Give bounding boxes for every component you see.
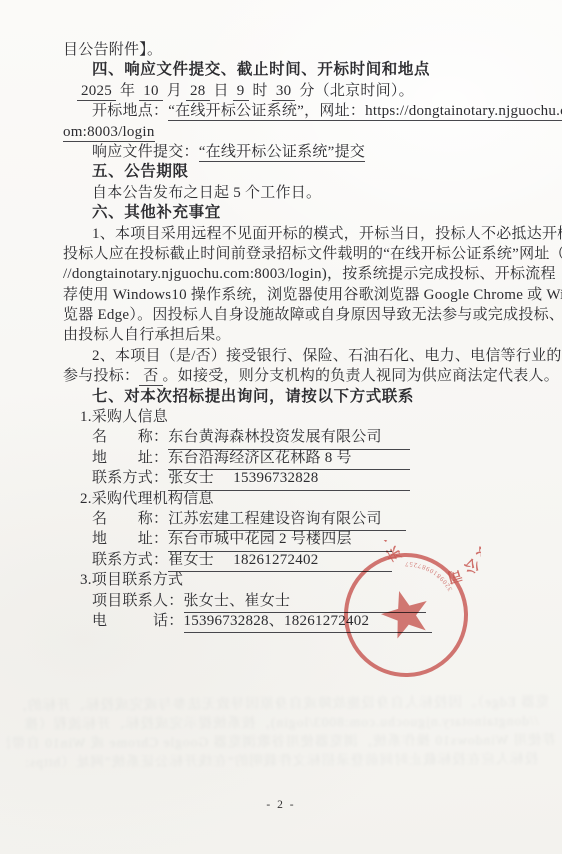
purchaser-contact-value: 张女士 15396732828 (168, 468, 410, 490)
year-unit: 年 (116, 83, 139, 99)
minute-value: 30 (272, 83, 296, 101)
agency-title: 2.采购代理机构信息 (63, 489, 539, 509)
section6-para2-line2: 参与投标：否。如接受，则分支机构的负责人视同为供应商法定代表人。 (63, 366, 539, 386)
project-phone-label: 电 话： (92, 613, 184, 629)
purchaser-name-value: 东台黄海森林投资发展有限公司 (168, 427, 410, 449)
agency-name-row: 名 称：江苏宏建工程建设咨询有限公司 (63, 509, 539, 529)
seal-star-icon (375, 588, 435, 647)
branch-answer-value: 否 (139, 368, 162, 386)
section5-heading: 五、公告期限 (63, 162, 539, 182)
section5-body: 自本公告发布之日起 5 个工作日。 (63, 183, 539, 203)
purchaser-name-label: 名 称： (92, 429, 168, 445)
branch-answer-suffix: 。如接受，则分支机构的负责人视同为供应商法定代表人。 (163, 368, 560, 384)
intro-tail-line: 目公告附件】。 (63, 40, 539, 60)
purchaser-title: 1.采购人信息 (63, 407, 539, 427)
purchaser-name-row: 名 称：东台黄海森林投资发展有限公司 (63, 427, 539, 447)
section6-para1-line1: 1、本项目采用远程不见面开标的模式，开标当日，投标人不必抵达开标现场， (63, 224, 539, 244)
section6-para1-line2: 投标人应在投标截止时间前登录招标文件载明的“在线开标公证系统”网址（https: (63, 244, 539, 264)
agency-name-label: 名 称： (92, 511, 168, 527)
venue-value-part2: om:8003/login (63, 124, 155, 142)
hour-unit: 时 (249, 83, 272, 99)
year-value: 2025 (77, 83, 116, 101)
purchaser-address-row: 地 址：东台沿海经济区花林路 8 号 (63, 448, 539, 468)
venue-value-part1: “在线开标公证系统”，网址：https://dongtainotary.njgu… (168, 103, 562, 121)
section6-para2-line1: 2、本项目（是/否）接受银行、保险、石油石化、电力、电信等行业的分支机构 (63, 346, 539, 366)
project-person-label: 项目联系人： (92, 593, 184, 609)
bleedthrough-line: 投标人应在投标截止时间前登录招标文件载明的“在线开标公证系统”网址（https: (6, 749, 556, 772)
venue-line-2: om:8003/login (63, 122, 539, 142)
timezone-note: （北京时间）。 (315, 83, 414, 99)
submission-value: “在线开标公证系统”提交 (199, 144, 365, 162)
submission-label: 响应文件提交： (92, 144, 199, 160)
section6-para1-line3: //dongtainotary.njguochu.com:8003/login)… (63, 264, 539, 284)
page-bleedthrough-text: 览器 Edge）。因投标人自身设施故障或自身原因导致无法参与或完成投标、开标的，… (6, 692, 557, 772)
branch-answer-prefix: 参与投标： (63, 368, 139, 384)
purchaser-contact-row: 联系方式：张女士 15396732828 (63, 468, 539, 488)
purchaser-address-label: 地 址： (92, 450, 168, 466)
section6-para1-line4: 荐使用 Windows10 操作系统，浏览器使用谷歌浏览器 Google Chr… (63, 285, 539, 305)
venue-line-1: 开标地点：“在线开标公证系统”，网址：https://dongtainotary… (63, 101, 539, 121)
section6-para1-line5: 览器 Edge）。因投标人自身设施故障或自身原因导致无法参与或完成投标、开标的， (63, 305, 539, 325)
hour-value: 9 (233, 83, 249, 101)
bid-opening-datetime-line: 2025 年 10 月 28 日 9 时 30 分（北京时间）。 (63, 81, 539, 101)
purchaser-address-value: 东台沿海经济区花林路 8 号 (168, 448, 410, 470)
page-number: - 2 - (0, 799, 562, 811)
submission-line: 响应文件提交：“在线开标公证系统”提交 (63, 142, 539, 162)
section7-heading: 七、对本次招标提出询问，请按以下方式联系 (63, 387, 539, 407)
agency-address-label: 地 址： (92, 531, 168, 547)
day-value: 28 (186, 83, 210, 101)
seal-graphic: 东台黄海森林投资发展有限公司 3209810987257 (331, 540, 481, 690)
section6-para1-line6: 由投标人自行承担后果。 (63, 325, 539, 345)
section6-heading: 六、其他补充事宜 (63, 203, 539, 223)
minute-unit: 分 (295, 83, 314, 99)
agency-contact-label: 联系方式： (92, 552, 168, 568)
scanned-document-page: 目公告附件】。 四、响应文件提交、截止时间、开标时间和地点 2025 年 10 … (0, 0, 562, 854)
month-value: 10 (139, 83, 163, 101)
agency-name-value: 江苏宏建工程建设咨询有限公司 (168, 509, 406, 531)
venue-label: 开标地点： (92, 103, 168, 119)
official-company-seal: 东台黄海森林投资发展有限公司 3209810987257 (331, 540, 481, 690)
purchaser-contact-label: 联系方式： (92, 470, 168, 486)
day-unit: 日 (210, 83, 233, 99)
section4-heading: 四、响应文件提交、截止时间、开标时间和地点 (63, 60, 539, 80)
month-unit: 月 (163, 83, 186, 99)
